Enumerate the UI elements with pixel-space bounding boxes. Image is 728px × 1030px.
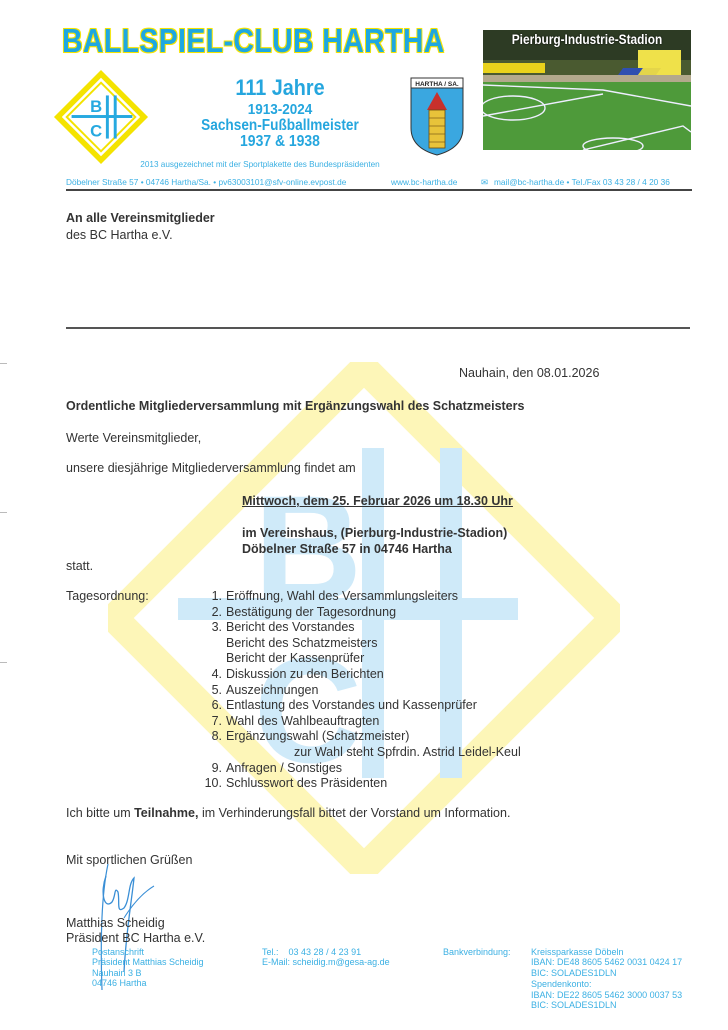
stadium-caption: Pierburg-Industrie-Stadion: [495, 32, 678, 47]
place-date: Nauhain, den 08.01.2026: [459, 366, 599, 380]
agenda-item-text: Eröffnung, Wahl des Versammlungsleiters: [226, 589, 458, 603]
svg-text:C: C: [90, 122, 102, 141]
bank-label: Bankverbindung:: [443, 947, 511, 957]
fold-mark: [0, 512, 7, 513]
recipient-line-2: des BC Hartha e.V.: [66, 228, 173, 242]
anniversary-title: 111 Jahre: [181, 76, 379, 99]
venue-line-1: im Vereinshaus, (Pierburg-Industrie-Stad…: [242, 526, 507, 540]
footer-email[interactable]: E-Mail: scheidig.m@gesa-ag.de: [262, 957, 390, 967]
agenda-item-text: Entlastung des Vorstandes und Kassenprüf…: [226, 698, 477, 712]
header-divider: [66, 189, 692, 191]
event-date: Mittwoch, dem 25. Februar 2026 um 18.30 …: [242, 494, 513, 508]
agenda-item: 6.Entlastung des Vorstandes und Kassenpr…: [196, 698, 556, 712]
svg-text:HARTHA / SA.: HARTHA / SA.: [415, 81, 459, 88]
hartha-town-crest: HARTHA / SA.: [409, 76, 465, 156]
phone-label: Tel.:: [262, 947, 279, 957]
agenda-item-number: 5.: [196, 683, 222, 697]
anniversary-years: 1913-2024: [181, 102, 379, 118]
agenda-item: Bericht der Kassenprüfer: [196, 651, 556, 665]
fold-mark: [0, 363, 7, 364]
bank-details: Kreissparkasse Döbeln IBAN: DE48 8605 54…: [531, 947, 682, 1010]
agenda-item-number: 2.: [196, 605, 222, 619]
club-name: BALLSPIEL-CLUB HARTHA: [62, 22, 445, 60]
svg-text:B: B: [90, 97, 102, 116]
agenda-item: 1.Eröffnung, Wahl des Versammlungsleiter…: [196, 589, 556, 603]
agenda-item-text: Bericht der Kassenprüfer: [226, 651, 364, 665]
stadium-photo: Pierburg-Industrie-Stadion: [483, 30, 691, 150]
fold-mark: [0, 662, 7, 663]
club-email-phone[interactable]: mail@bc-hartha.de • Tel./Fax 03 43 28 / …: [494, 177, 670, 187]
envelope-icon: ✉: [481, 177, 488, 187]
agenda-item-text: Schlusswort des Präsidenten: [226, 776, 387, 790]
championship-years: 1937 & 1938: [181, 134, 379, 150]
agenda-item: 8.Ergänzungswahl (Schatzmeister): [196, 729, 556, 743]
agenda-item-text: Bericht des Vorstandes: [226, 620, 355, 634]
statt-text: statt.: [66, 559, 93, 573]
agenda-item: 7.Wahl des Wahlbeauftragten: [196, 714, 556, 728]
agenda-item-number: 4.: [196, 667, 222, 681]
agenda-item: 4.Diskussion zu den Berichten: [196, 667, 556, 681]
agenda-label: Tagesordnung:: [66, 589, 149, 603]
agenda-item: zur Wahl steht Spfrdin. Astrid Leidel-Ke…: [196, 745, 556, 759]
agenda-item-text: Auszeichnungen: [226, 683, 318, 697]
club-address: Döbelner Straße 57 • 04746 Hartha/Sa. • …: [66, 177, 346, 187]
agenda-item: 3.Bericht des Vorstandes: [196, 620, 556, 634]
signer-name: Matthias Scheidig: [66, 916, 165, 930]
agenda-item-number: 8.: [196, 729, 222, 743]
agenda-item-text: zur Wahl steht Spfrdin. Astrid Leidel-Ke…: [226, 745, 521, 759]
agenda-item-text: Bericht des Schatzmeisters: [226, 636, 377, 650]
club-logo: B C: [52, 68, 150, 166]
subject-line: Ordentliche Mitgliederversammlung mit Er…: [66, 399, 524, 413]
closing-sentence: Ich bitte um Teilnahme, im Verhinderungs…: [66, 806, 510, 820]
agenda-item: 10.Schlusswort des Präsidenten: [196, 776, 556, 790]
phone-number[interactable]: 03 43 28 / 4 23 91: [289, 947, 362, 957]
footer-contact: Tel.: 03 43 28 / 4 23 91 E-Mail: scheidi…: [262, 947, 390, 968]
agenda-item-number: 1.: [196, 589, 222, 603]
award-line: 2013 ausgezeichnet mit der Sportplakette…: [110, 160, 410, 169]
agenda-item-text: Bestätigung der Tagesordnung: [226, 605, 396, 619]
agenda-item-text: Wahl des Wahlbeauftragten: [226, 714, 379, 728]
signer-title: Präsident BC Hartha e.V.: [66, 931, 205, 945]
championship: Sachsen-Fußballmeister: [183, 118, 377, 134]
salutation: Werte Vereinsmitglieder,: [66, 431, 201, 445]
agenda-item-number: 10.: [196, 776, 222, 790]
recipient-line-1: An alle Vereinsmitglieder: [66, 211, 215, 225]
agenda-item: 2.Bestätigung der Tagesordnung: [196, 605, 556, 619]
agenda-item-text: Anfragen / Sonstiges: [226, 761, 342, 775]
agenda-item-number: 3.: [196, 620, 222, 634]
agenda-item-number: 6.: [196, 698, 222, 712]
agenda-item-text: Ergänzungswahl (Schatzmeister): [226, 729, 409, 743]
club-website[interactable]: www.bc-hartha.de: [391, 177, 457, 187]
agenda-item: 5.Auszeichnungen: [196, 683, 556, 697]
anniversary-block: 111 Jahre 1913-2024 Sachsen-Fußballmeist…: [170, 76, 390, 150]
footer-postal-address: Postanschrift Präsident Matthias Scheidi…: [92, 947, 204, 989]
agenda-item-text: Diskussion zu den Berichten: [226, 667, 384, 681]
agenda-item: 9.Anfragen / Sonstiges: [196, 761, 556, 775]
address-divider: [66, 327, 690, 329]
agenda-item: Bericht des Schatzmeisters: [196, 636, 556, 650]
agenda-item-number: 7.: [196, 714, 222, 728]
intro-text: unsere diesjährige Mitgliederversammlung…: [66, 461, 356, 475]
agenda-item-number: 9.: [196, 761, 222, 775]
venue-line-2: Döbelner Straße 57 in 04746 Hartha: [242, 542, 452, 556]
